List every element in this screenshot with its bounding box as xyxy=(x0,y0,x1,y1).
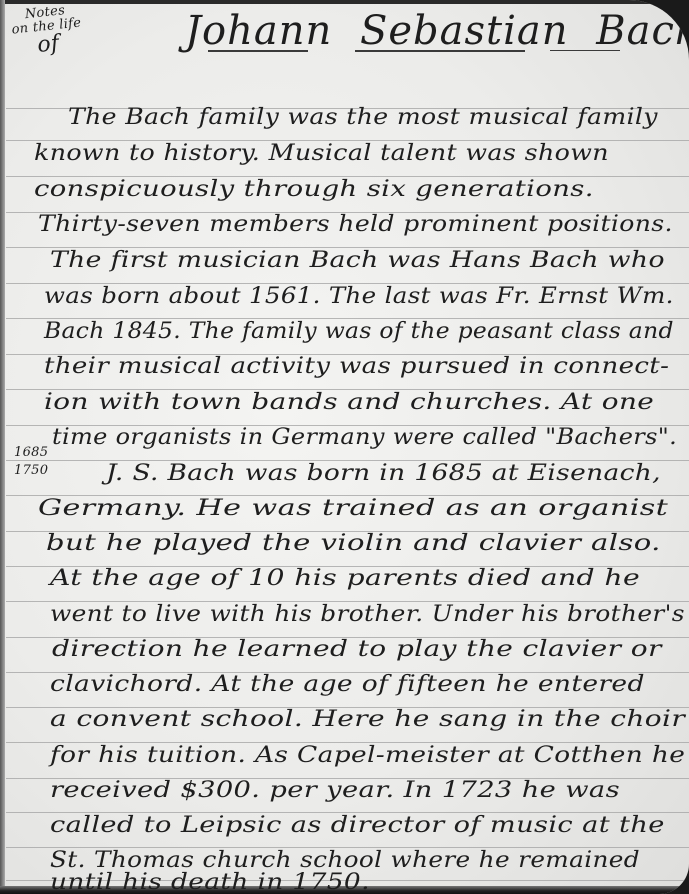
handwritten-line: a convent school. Here he sang in the ch… xyxy=(50,707,685,733)
handwritten-line: ion with town bands and churches. At one xyxy=(44,390,654,416)
title-word: Johann xyxy=(185,8,332,54)
handwritten-line: known to history. Musical talent was sho… xyxy=(34,141,609,167)
handwritten-line: J. S. Bach was born in 1685 at Eisenach, xyxy=(106,461,661,487)
title-word: Sebastian xyxy=(360,8,569,54)
handwritten-line: The Bach family was the most musical fam… xyxy=(68,105,658,131)
handwritten-line: clavichord. At the age of fifteen he ent… xyxy=(50,672,645,698)
title-underline xyxy=(550,50,620,51)
title-word: Bach xyxy=(596,8,689,54)
handwritten-line: At the age of 10 his parents died and he xyxy=(50,566,640,592)
page-top-edge xyxy=(0,0,689,4)
handwritten-line: time organists in Germany were called "B… xyxy=(52,425,677,451)
handwritten-line: conspicuously through six generations. xyxy=(34,177,594,203)
margin-date-birth: 1685 xyxy=(14,445,48,460)
handwritten-line: direction he learned to play the clavier… xyxy=(52,637,662,663)
notes-label: Notes on the life of xyxy=(10,2,85,59)
notebook-page: Notes on the life of Johann Sebastian Ba… xyxy=(0,0,689,894)
handwritten-line: but he played the violin and clavier als… xyxy=(46,531,661,557)
handwritten-line: Germany. He was trained as an organist xyxy=(38,496,668,522)
handwritten-line: went to live with his brother. Under his… xyxy=(50,602,685,628)
title-underline xyxy=(355,50,525,52)
handwritten-line: Thirty-seven members held prominent posi… xyxy=(38,212,673,238)
handwritten-line: for his tuition. As Capel-meister at Cot… xyxy=(50,743,685,769)
margin-date-death: 1750 xyxy=(14,463,48,478)
page-title: Johann Sebastian Bach xyxy=(185,8,689,54)
title-underline xyxy=(208,50,308,52)
handwritten-line: called to Leipsic as director of music a… xyxy=(50,813,665,839)
handwritten-line: received $300. per year. In 1723 he was xyxy=(50,778,620,804)
handwritten-line: their musical activity was pursued in co… xyxy=(44,354,669,380)
page-binding-edge xyxy=(0,0,5,894)
handwritten-line: The first musician Bach was Hans Bach wh… xyxy=(50,248,665,274)
handwritten-line: Bach 1845. The family was of the peasant… xyxy=(44,319,674,345)
handwritten-line: until his death in 1750. xyxy=(50,870,370,894)
handwritten-line: was born about 1561. The last was Fr. Er… xyxy=(44,284,674,310)
